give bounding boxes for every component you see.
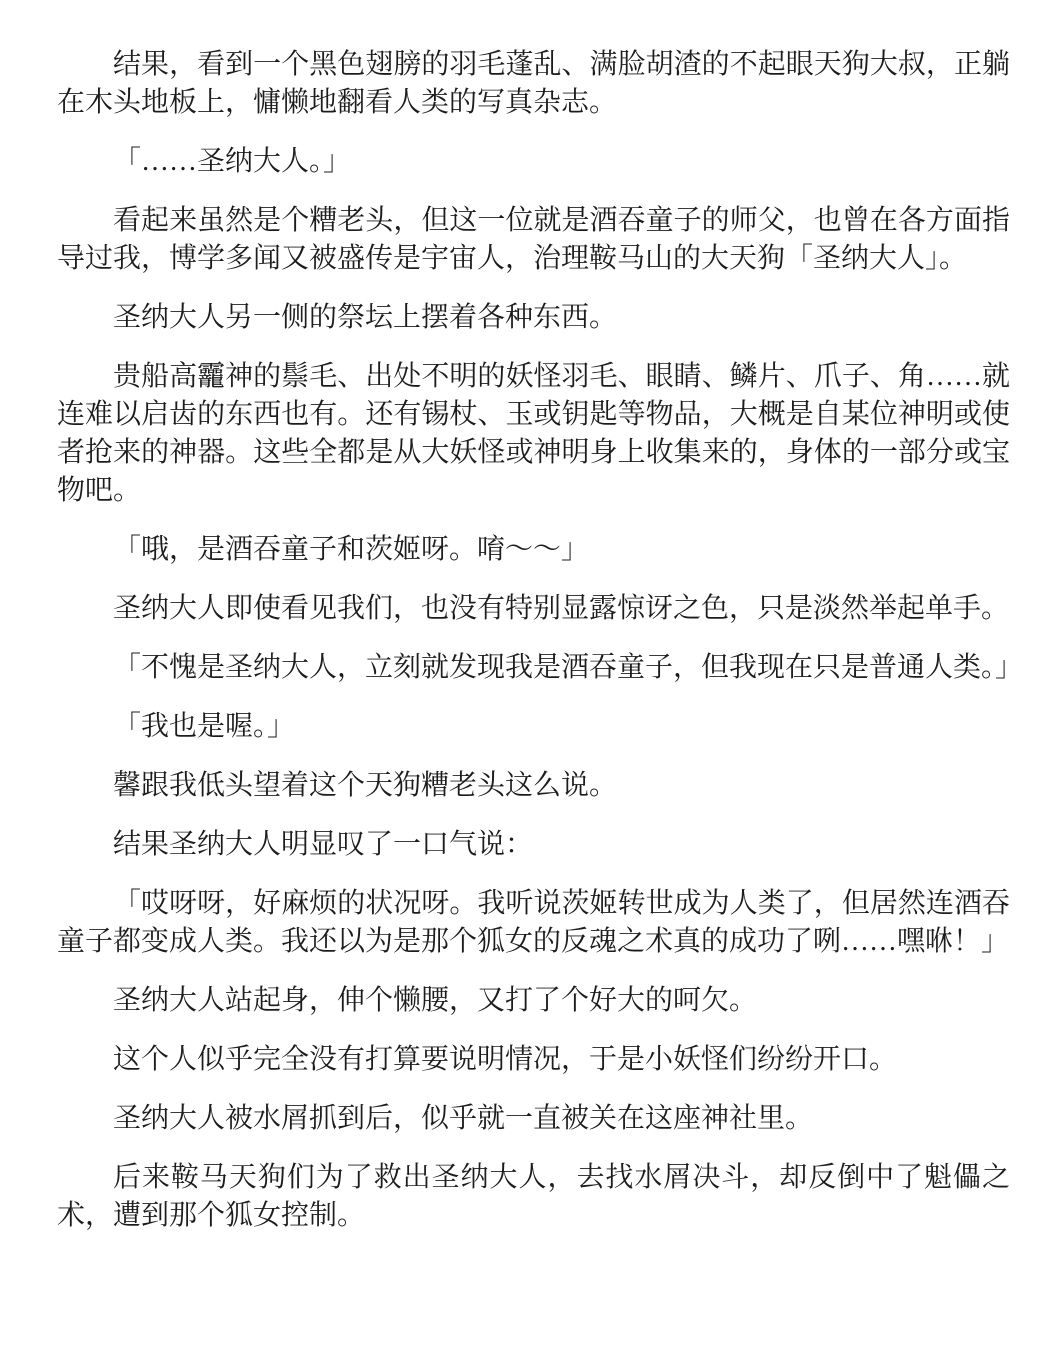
paragraph: 圣纳大人即使看见我们，也没有特别显露惊讶之色，只是淡然举起单手。 (57, 590, 1010, 628)
paragraph-dialogue: 「……圣纳大人。」 (57, 143, 1010, 181)
paragraph: 后来鞍马天狗们为了救出圣纳大人，去找水屑决斗，却反倒中了魁儡之术，遭到那个狐女控… (57, 1159, 1010, 1235)
paragraph: 贵船高龗神的鬃毛、出处不明的妖怪羽毛、眼睛、鳞片、爪子、角……就连难以启齿的东西… (57, 358, 1010, 510)
paragraph: 馨跟我低头望着这个天狗糟老头这么说。 (57, 767, 1010, 805)
paragraph: 圣纳大人被水屑抓到后，似乎就一直被关在这座神社里。 (57, 1100, 1010, 1138)
document-page: 结果，看到一个黑色翅膀的羽毛蓬乱、满脸胡渣的不起眼天狗大叔，正躺在木头地板上，慵… (0, 0, 1046, 1354)
paragraph-dialogue: 「哎呀呀，好麻烦的状况呀。我听说茨姬转世成为人类了，但居然连酒吞童子都变成人类。… (57, 885, 1010, 961)
paragraph: 圣纳大人另一侧的祭坛上摆着各种东西。 (57, 299, 1010, 337)
paragraph: 结果圣纳大人明显叹了一口气说： (57, 826, 1010, 864)
paragraph-dialogue: 「哦，是酒吞童子和茨姬呀。唷～～」 (57, 531, 1010, 569)
paragraph-dialogue: 「我也是喔。」 (57, 708, 1010, 746)
paragraph: 这个人似乎完全没有打算要说明情况，于是小妖怪们纷纷开口。 (57, 1041, 1010, 1079)
paragraph: 圣纳大人站起身，伸个懒腰，又打了个好大的呵欠。 (57, 982, 1010, 1020)
paragraph: 结果，看到一个黑色翅膀的羽毛蓬乱、满脸胡渣的不起眼天狗大叔，正躺在木头地板上，慵… (57, 46, 1010, 122)
paragraph-dialogue: 「不愧是圣纳大人，立刻就发现我是酒吞童子，但我现在只是普通人类。」 (57, 649, 1010, 687)
paragraph: 看起来虽然是个糟老头，但这一位就是酒吞童子的师父，也曾在各方面指导过我，博学多闻… (57, 202, 1010, 278)
